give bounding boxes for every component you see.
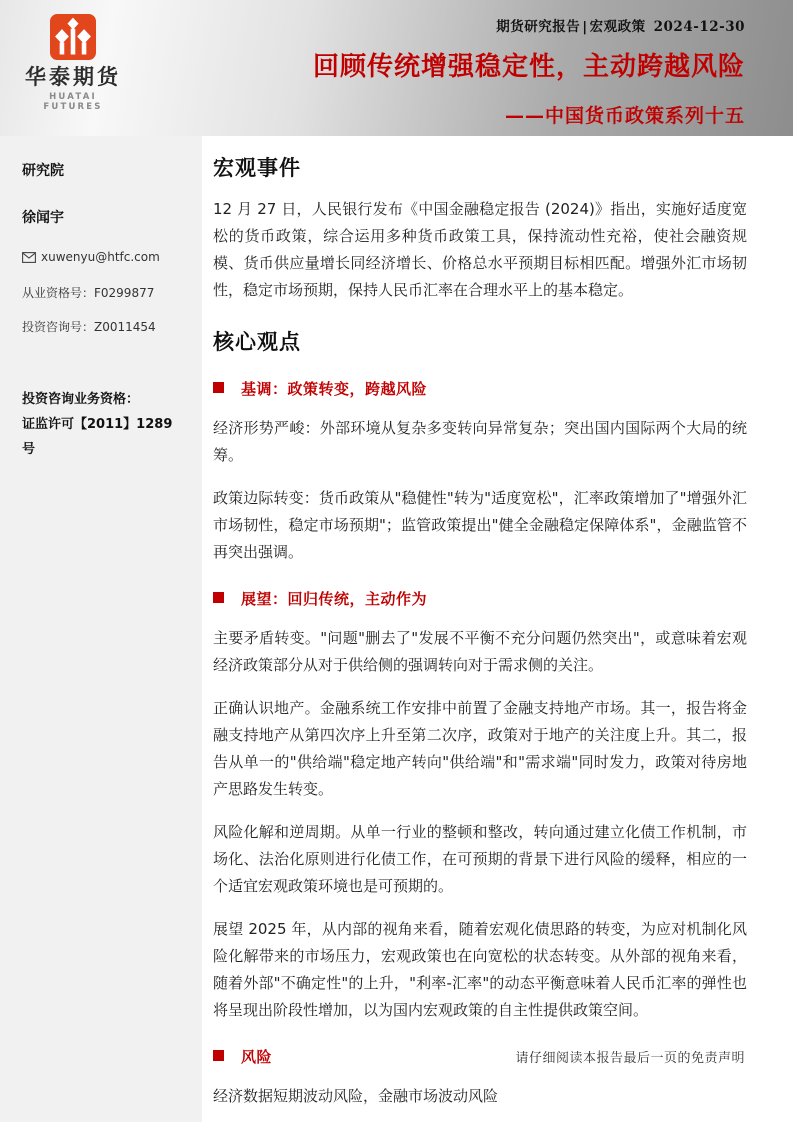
core-paragraph: 展望 2025 年，从内部的视角来看，随着宏观化债思路的转变，为应对机制化风险化… [213, 916, 747, 1024]
institute-name: 研究院 [22, 160, 188, 180]
analyst-sidebar: 研究院 徐闻宇 xuwenyu@htfc.com 从业资格号：F0299877 … [0, 136, 202, 1122]
report-title: 回顾传统增强稳定性，主动跨越风险 [313, 46, 745, 83]
bullet-label: 风险 [241, 1046, 272, 1067]
report-subtitle: ——中国货币政策系列十五 [505, 101, 745, 128]
logo-en-text: HUATAI FUTURES [25, 92, 121, 112]
meta-divider: | [580, 19, 589, 35]
disclaimer-note: 请仔细阅读本报告最后一页的免责声明 [515, 1047, 745, 1066]
report-date: 2024-12-30 [654, 19, 745, 35]
meta-label: 期货研究报告 [496, 19, 580, 35]
bullet-item-outlook: 展望：回归传统，主动作为 [213, 588, 747, 609]
section-heading-macro-event: 宏观事件 [213, 152, 747, 182]
core-paragraph: 风险化解和逆周期。从单一行业的整顿和整改，转向通过建立化债工作机制，市场化、法治… [213, 819, 747, 900]
core-paragraph: 经济形势严峻：外部环境从复杂多变转向异常复杂；突出国内国际两个大局的统筹。 [213, 415, 747, 469]
core-paragraph: 正确认识地产。金融系统工作安排中前置了金融支持地产市场。其一，报告将金融支持地产… [213, 695, 747, 803]
bullet-label: 展望：回归传统，主动作为 [241, 588, 427, 609]
square-bullet-icon [213, 1050, 224, 1061]
envelope-icon [22, 252, 36, 263]
report-header: 华泰期货 HUATAI FUTURES 期货研究报告|宏观政策2024-12-3… [0, 0, 793, 136]
huatai-diamond-pillars-icon [50, 14, 96, 60]
company-logo: 华泰期货 HUATAI FUTURES [25, 14, 121, 112]
core-paragraph: 主要矛盾转变。"问题"删去了"发展不平衡不充分问题仍然突出"，或意味着宏观经济政… [213, 625, 747, 679]
practice-cert-number: 从业资格号：F0299877 [22, 284, 188, 301]
logo-cn-text: 华泰期货 [25, 65, 121, 89]
business-license: 投资咨询业务资格： 证监许可【2011】1289 号 [22, 387, 188, 462]
bullet-item-tone: 基调：政策转变，跨越风险 [213, 378, 747, 399]
macro-event-paragraph: 12 月 27 日，人民银行发布《中国金融稳定报告 (2024)》指出，实施好适… [213, 196, 747, 304]
analyst-name: 徐闻宇 [22, 207, 188, 227]
section-heading-core-views: 核心观点 [213, 326, 747, 356]
square-bullet-icon [213, 382, 224, 393]
core-paragraph: 经济数据短期波动风险，金融市场波动风险 [213, 1083, 747, 1110]
meta-category: 宏观政策 [590, 19, 646, 35]
license-number: 证监许可【2011】1289 号 [22, 412, 188, 462]
report-body: 宏观事件 12 月 27 日，人民银行发布《中国金融稳定报告 (2024)》指出… [202, 136, 793, 1122]
bullet-label: 基调：政策转变，跨越风险 [241, 378, 427, 399]
license-label: 投资咨询业务资格： [22, 387, 188, 412]
analyst-email: xuwenyu@htfc.com [41, 250, 160, 264]
analyst-email-row: xuwenyu@htfc.com [22, 250, 188, 264]
core-paragraph: 政策边际转变：货币政策从"稳健性"转为"适度宽松"，汇率政策增加了"增强外汇市场… [213, 485, 747, 566]
report-meta: 期货研究报告|宏观政策2024-12-30 [496, 15, 745, 35]
advisory-cert-number: 投资咨询号：Z0011454 [22, 318, 188, 335]
square-bullet-icon [213, 592, 224, 603]
